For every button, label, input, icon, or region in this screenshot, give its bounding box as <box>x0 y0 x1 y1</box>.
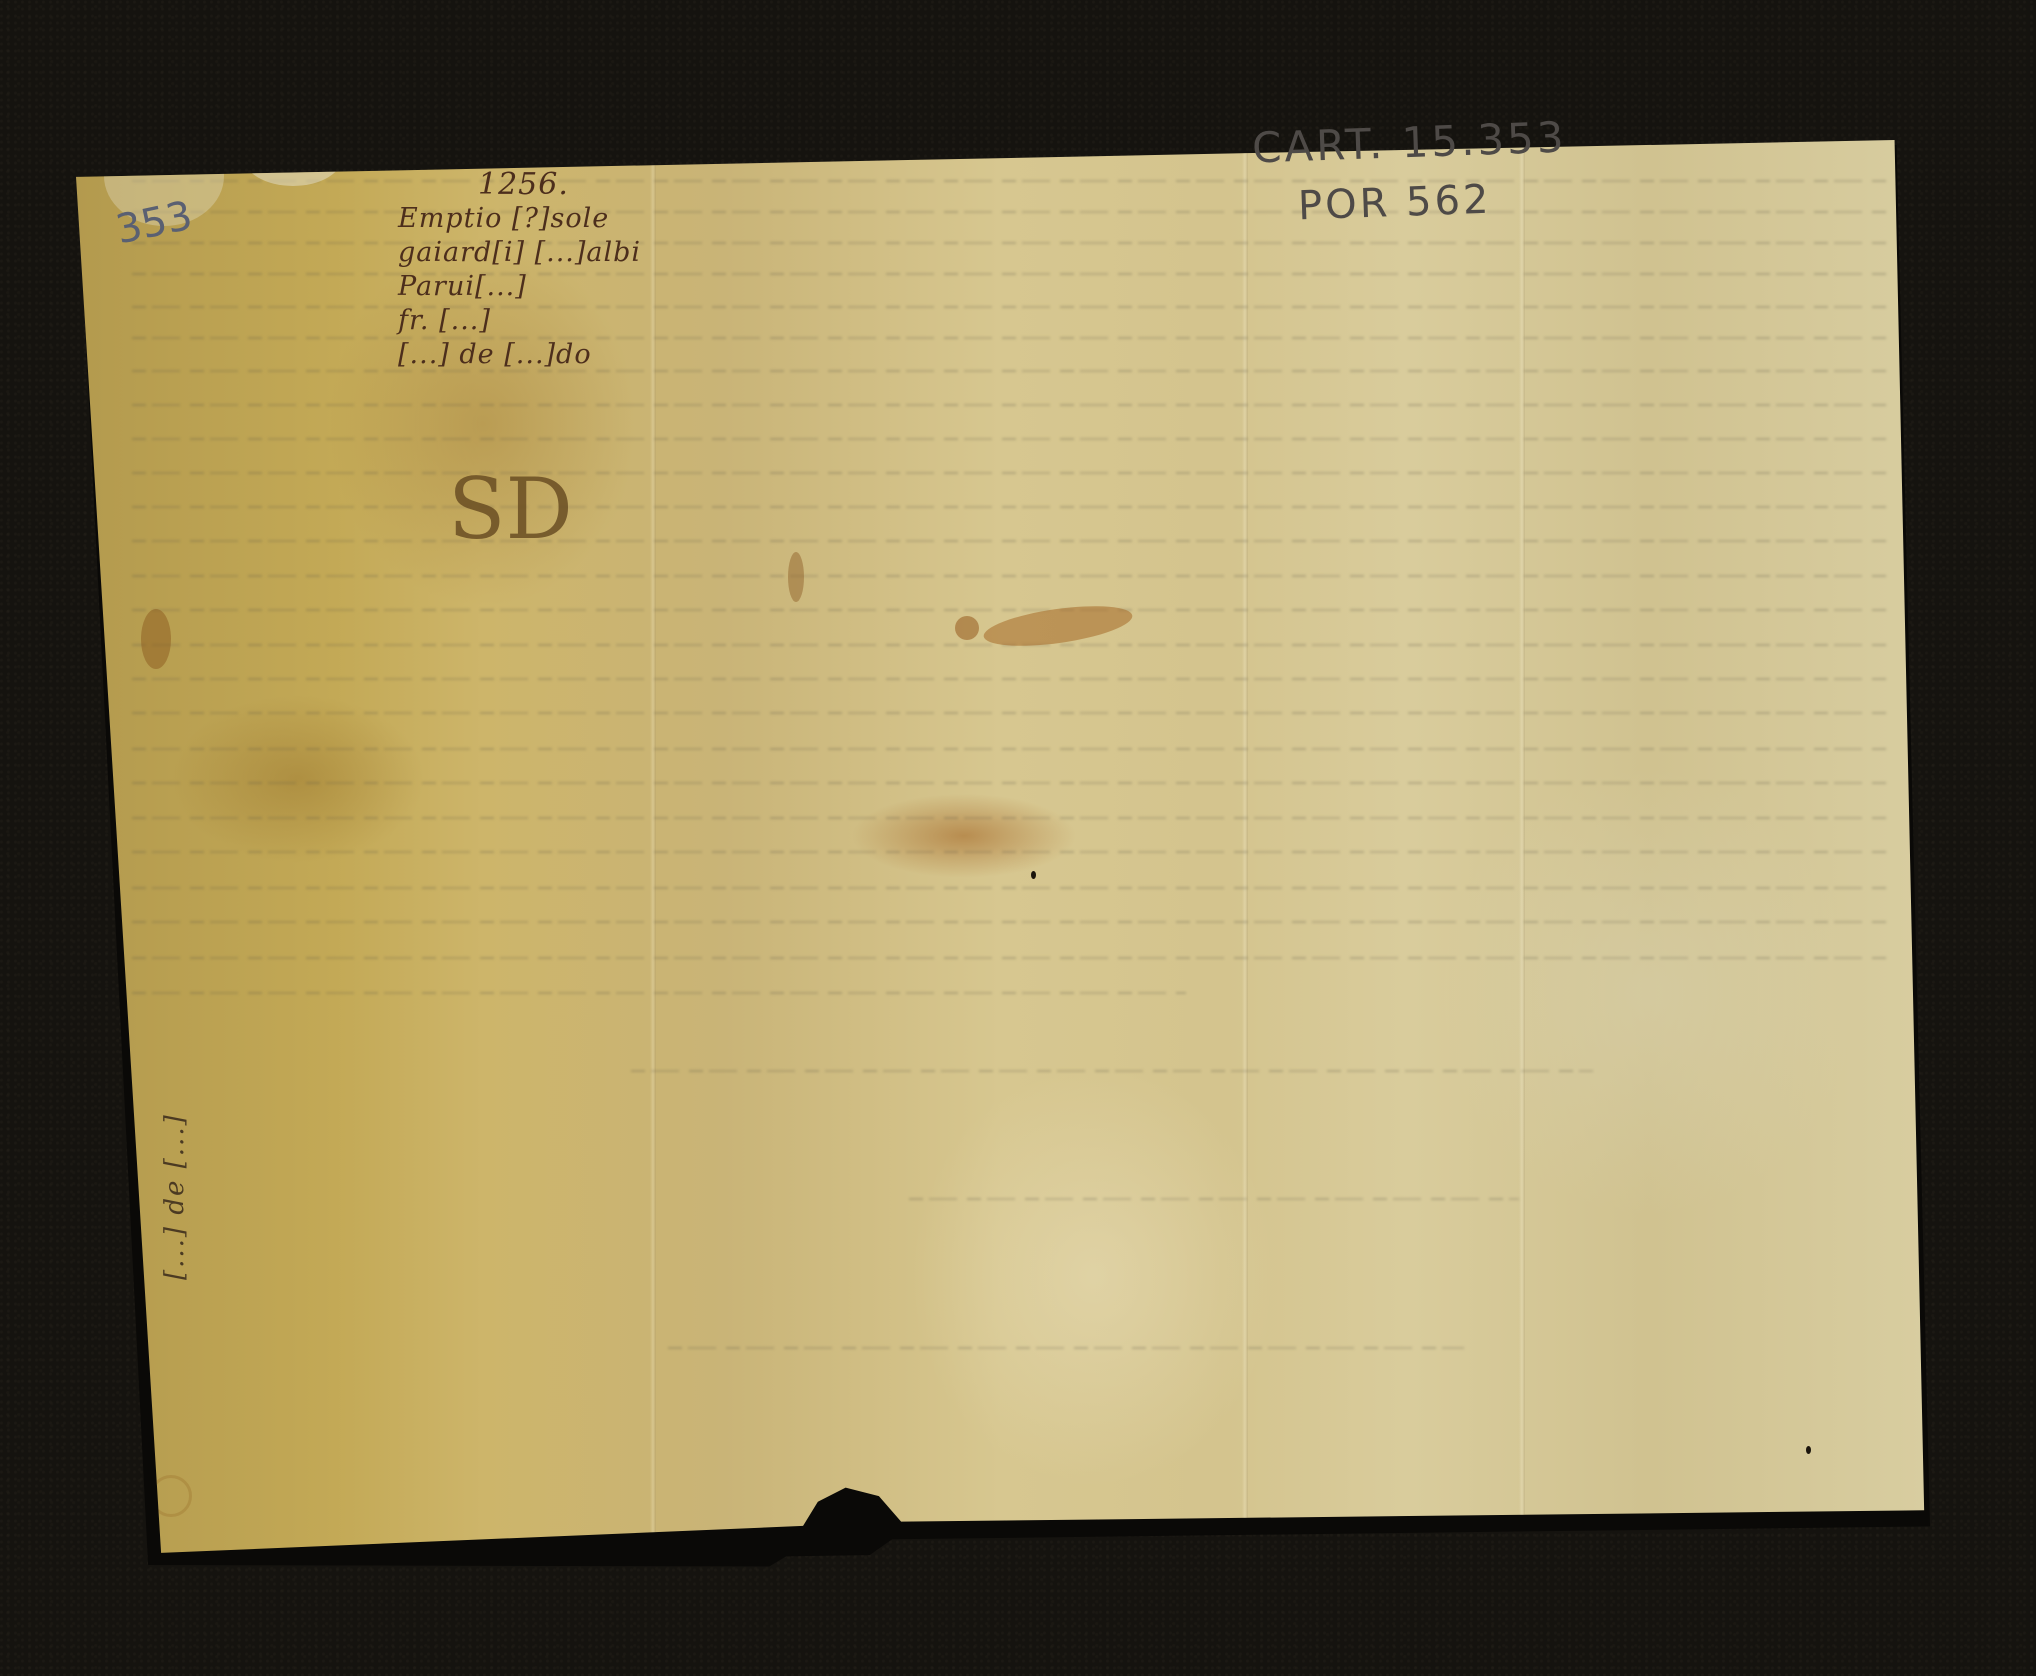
faded-text-line <box>132 817 1890 819</box>
faded-text-line <box>132 609 1890 611</box>
faded-text-line <box>132 851 1890 853</box>
faded-text-line <box>132 370 1890 372</box>
faded-text-line <box>132 506 1890 508</box>
faded-text-line <box>132 306 1890 308</box>
docket-line: Emptio [?]sole <box>398 202 641 236</box>
docket-note: 1256. Emptio [?]sole gaiard[i] [...]albi… <box>398 168 641 372</box>
faded-text-line <box>132 992 1187 994</box>
stain <box>788 552 804 602</box>
docket-line: fr. [...] <box>398 304 641 338</box>
docket-line: [...] de [...]do <box>398 338 641 372</box>
shelfmark-line-2: POR 562 <box>1297 177 1492 230</box>
faded-text-line <box>132 712 1890 714</box>
faded-text-line <box>132 921 1890 923</box>
faded-text-line <box>132 957 1890 959</box>
faded-text-line <box>132 678 1890 680</box>
worn-patch <box>243 126 343 186</box>
docket-line: gaiard[i] [...]albi <box>398 236 641 270</box>
side-note: [...] de [...] <box>160 1113 190 1280</box>
stain <box>955 616 979 640</box>
faded-text-line <box>132 404 1890 406</box>
faded-text-line <box>909 1198 1520 1200</box>
parchment-document <box>76 140 1926 1560</box>
fold-line <box>1519 140 1525 1560</box>
faded-text-line <box>132 242 1890 244</box>
faded-text-line <box>132 438 1890 440</box>
stain <box>141 609 171 669</box>
faded-text-line <box>132 887 1890 889</box>
notarial-sign: SD <box>448 460 573 558</box>
pin-hole <box>1806 1446 1811 1454</box>
faded-text-line <box>132 575 1890 577</box>
faded-text-line <box>132 748 1890 750</box>
pin-hole <box>1031 871 1036 879</box>
fold-line <box>650 140 656 1560</box>
faded-text-line <box>668 1347 1464 1349</box>
docket-year: 1256. <box>478 168 641 202</box>
faded-text-line <box>631 1070 1593 1072</box>
faded-text-line <box>132 180 1890 182</box>
faded-text-line <box>132 273 1890 275</box>
faded-text-line <box>132 472 1890 474</box>
docket-line: Parui[...] <box>398 270 641 304</box>
faded-text-line <box>132 782 1890 784</box>
faded-text-line <box>132 211 1890 213</box>
faded-text-line <box>132 337 1890 339</box>
faded-text-line <box>132 540 1890 542</box>
